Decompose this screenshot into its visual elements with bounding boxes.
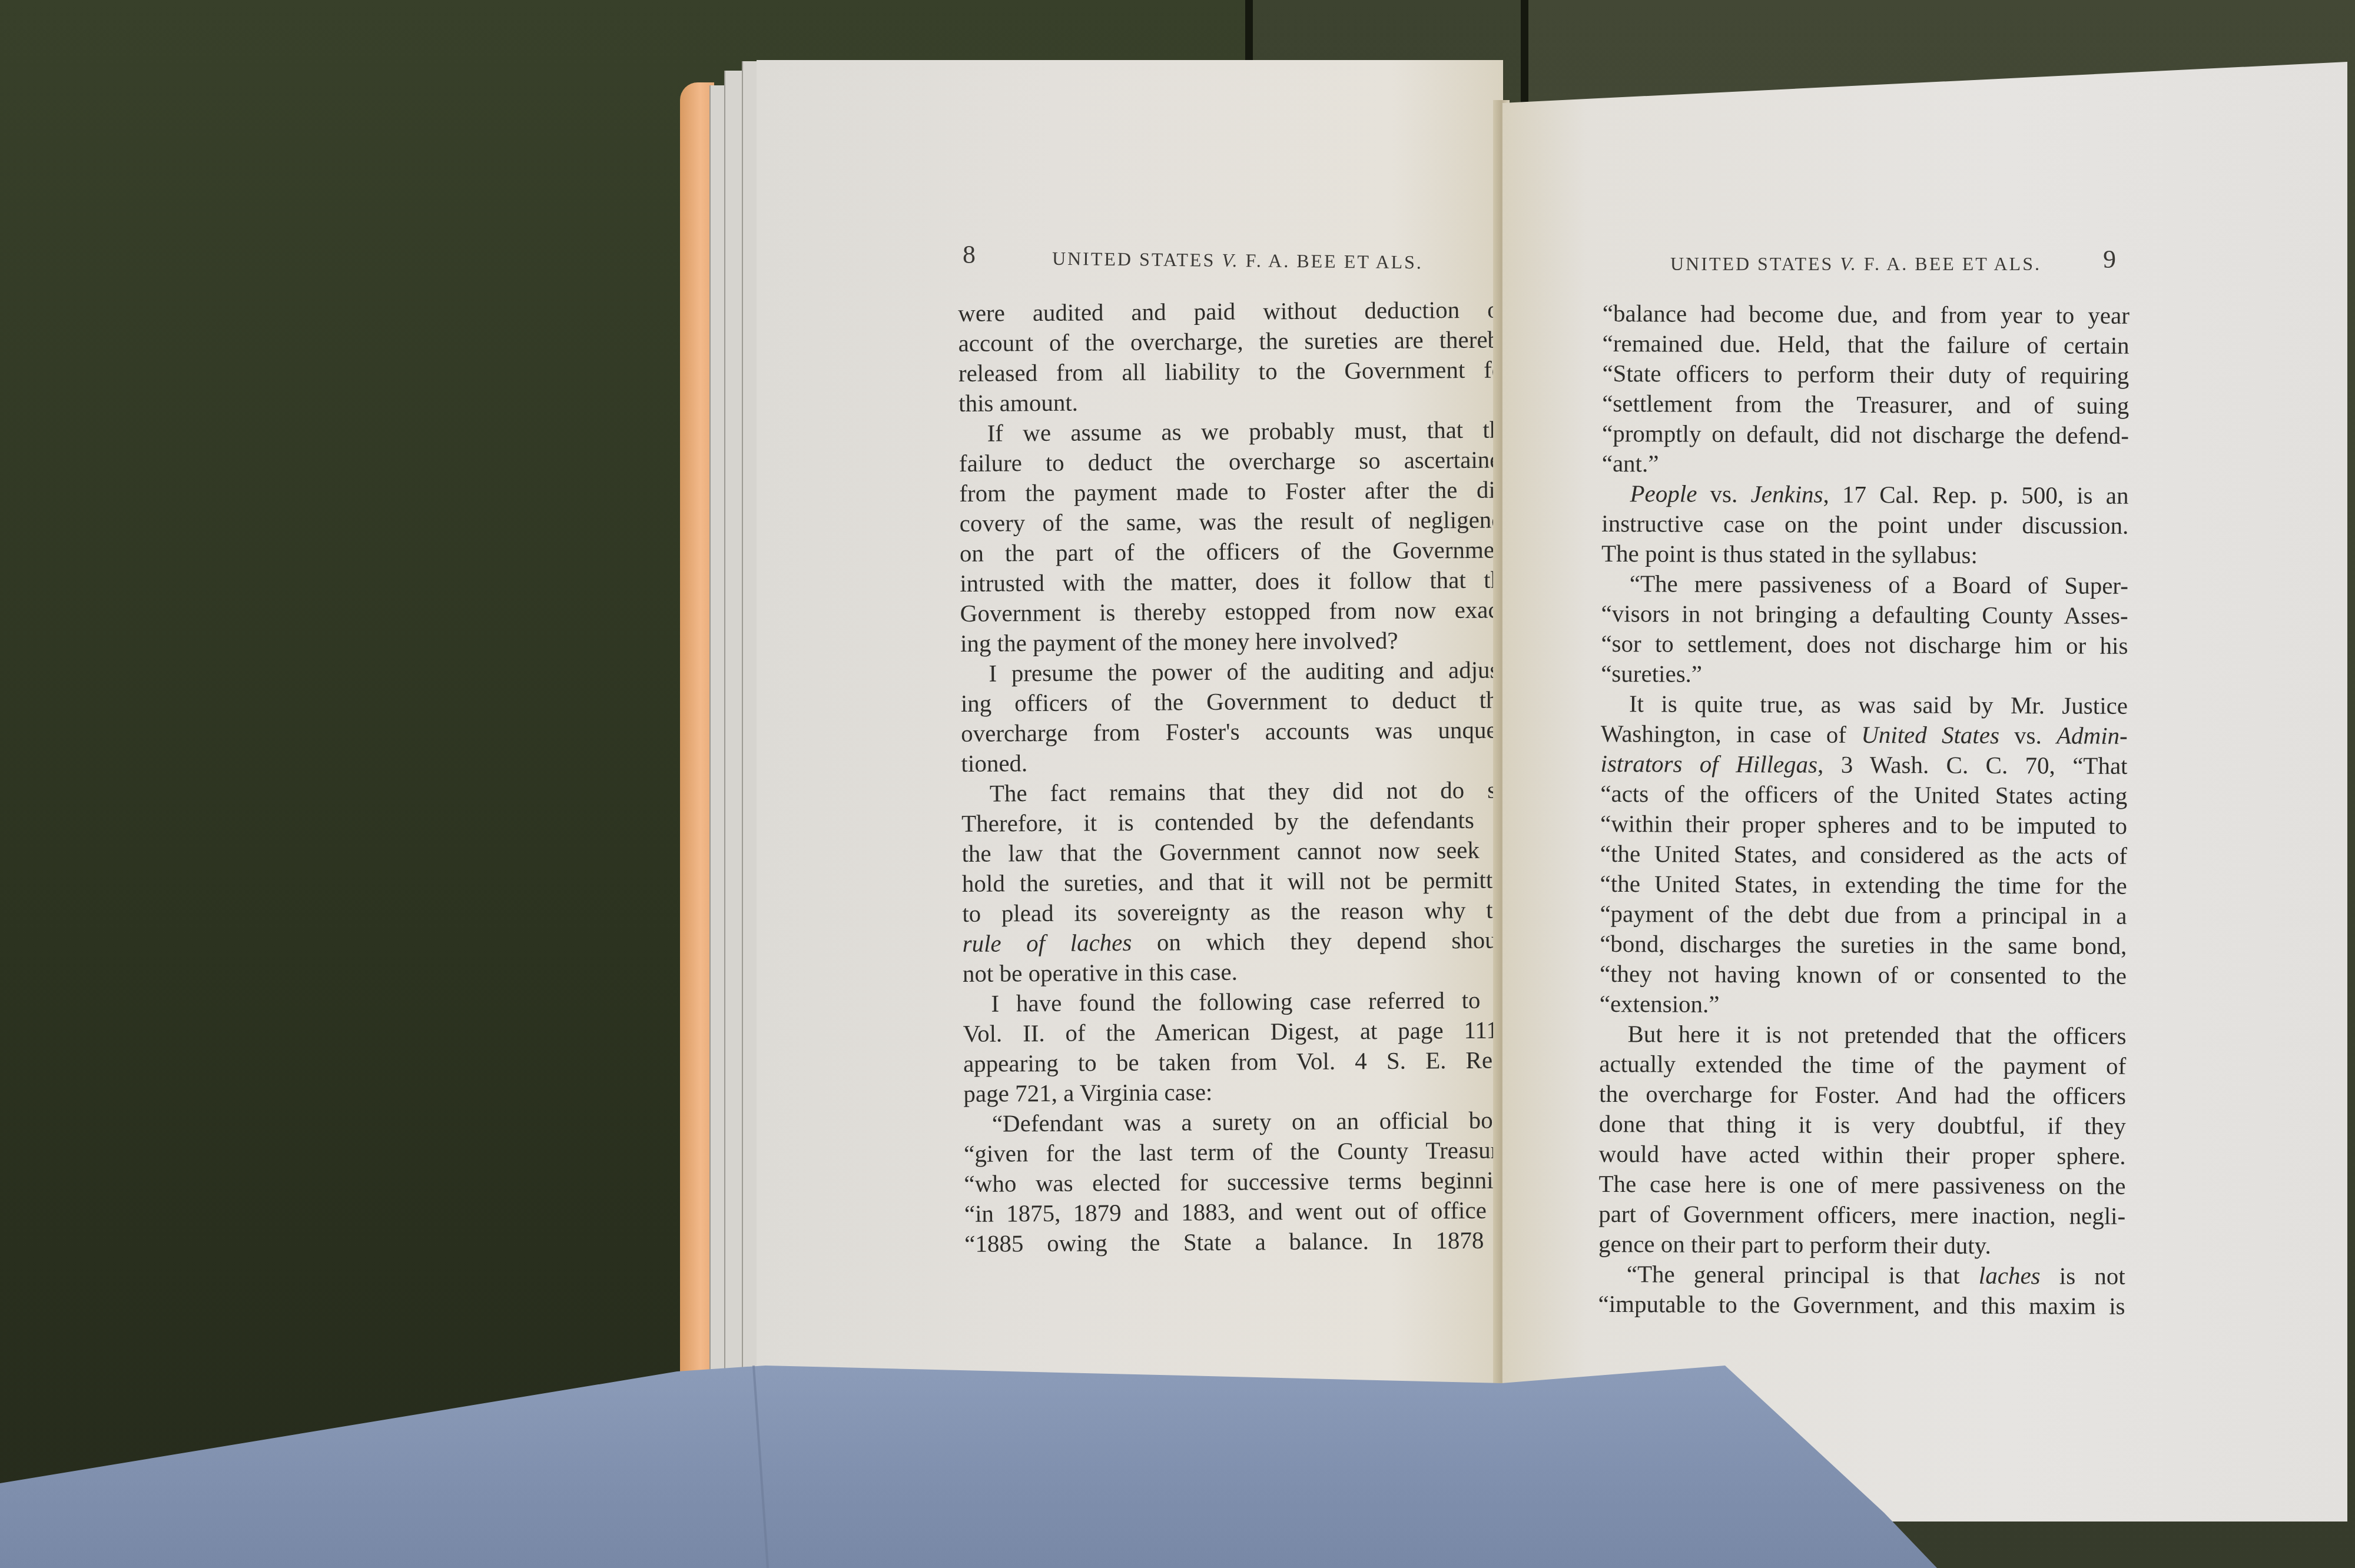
text-line: But here it is not pretended that the of… (1599, 1019, 2126, 1051)
italic-term: istrators of Hillegas (1600, 750, 1817, 778)
italic-term: Admin- (2057, 722, 2128, 749)
text-line: I have found the following case referred… (963, 985, 1516, 1019)
text-line: The fact remains that they did not do so… (961, 775, 1515, 809)
text-line: “sor to settlement, does not discharge h… (1601, 629, 2128, 661)
italic-term: People (1630, 480, 1697, 507)
text-line-mixed: rule of laches on which they depend shou… (962, 925, 1515, 959)
text-line: actually extended the time of the paymen… (1599, 1049, 2126, 1081)
text-line-mixed: People vs. Jenkins, 17 Cal. Rep. p. 500,… (1601, 479, 2128, 511)
text-line: instructive case on the point under disc… (1601, 509, 2128, 541)
text-line: page 721, a Virginia case: (963, 1075, 1517, 1109)
right-page-body: “balance had become due, and from year t… (1598, 298, 2130, 1321)
text-fragment: vs. (1697, 480, 1750, 507)
text-line: “Defendant was a surety on an official b… (964, 1105, 1517, 1139)
text-line: “they not having known of or consented t… (1600, 959, 2127, 991)
text-line: from the payment made to Foster after th… (959, 474, 1512, 509)
text-line: done that thing it is very doubtful, if … (1599, 1109, 2126, 1141)
text-line: Therefore, it is contended by the defend… (961, 805, 1515, 839)
text-line: “sureties.” (1601, 659, 2128, 691)
text-fragment: “The general principal is that (1627, 1260, 1979, 1289)
right-page[interactable]: United States v. F. A. Bee et als. 9 “ba… (1502, 62, 2347, 1522)
text-line: released from all liability to the Gover… (958, 354, 1512, 388)
text-line: “remained due. Held, that the failure of… (1603, 328, 2130, 361)
text-line: “1885 owing the State a balance. In 1878… (964, 1225, 1518, 1259)
text-line: Government is thereby estopped from now … (960, 594, 1514, 629)
text-line: this amount. (958, 384, 1512, 418)
text-line: appearing to be taken from Vol. 4 S. E. … (963, 1045, 1517, 1079)
running-head-versus: v. (1840, 253, 1857, 274)
text-line: account of the overcharge, the sureties … (958, 324, 1511, 358)
text-line: I presume the power of the auditing and … (960, 655, 1514, 689)
text-line: tioned. (961, 745, 1514, 779)
text-fragment: is not (2041, 1262, 2125, 1290)
running-head-text: F. A. Bee et als. (1239, 250, 1424, 273)
text-line: not be operative in this case. (963, 955, 1516, 989)
italic-term: rule of laches (962, 929, 1132, 957)
italic-term: Jenkins (1750, 480, 1823, 508)
text-fragment: , 17 Cal. Rep. p. 500, is an (1823, 481, 2128, 509)
text-fragment: on which they depend should (1132, 926, 1516, 956)
text-line: overcharge from Foster's accounts was un… (961, 715, 1514, 749)
text-line: ing officers of the Government to deduct… (961, 685, 1514, 719)
text-line: the overcharge for Foster. And had the o… (1599, 1079, 2126, 1111)
text-line: Vol. II. of the American Digest, at page… (963, 1015, 1517, 1049)
text-line: “acts of the officers of the United Stat… (1600, 779, 2127, 811)
page-number: 8 (963, 240, 976, 270)
running-head: United States v. F. A. Bee et als. (1052, 248, 1423, 274)
text-line: If we assume as we probably must, that t… (958, 414, 1512, 449)
text-fragment: vs. (1999, 722, 2057, 749)
italic-term: United States (1861, 721, 1999, 749)
text-line: on the part of the officers of the Gover… (960, 534, 1513, 569)
running-head-versus: v. (1222, 250, 1239, 271)
text-line: “within their proper spheres and to be i… (1600, 809, 2127, 841)
text-line-mixed: Washington, in case of United States vs.… (1601, 719, 2128, 751)
text-fragment: Washington, in case of (1601, 720, 1862, 748)
text-line: “extension.” (1600, 989, 2127, 1021)
text-line: “The mere passiveness of a Board of Supe… (1601, 569, 2128, 601)
text-line: “bond, discharges the sureties in the sa… (1600, 929, 2127, 961)
text-line: part of Government officers, mere inacti… (1598, 1199, 2125, 1231)
text-line: ing the payment of the money here involv… (960, 624, 1514, 659)
text-line: the law that the Government cannot now s… (961, 835, 1515, 869)
text-line: gence on their part to perform their dut… (1598, 1229, 2125, 1261)
text-line: covery of the same, was the result of ne… (959, 504, 1512, 539)
text-line: were audited and paid without deduction … (958, 294, 1511, 328)
text-fragment: , 3 Wash. C. C. 70, “That (1817, 751, 2128, 779)
text-line: The case here is one of mere passiveness… (1598, 1169, 2125, 1201)
text-line: “imputable to the Government, and this m… (1598, 1289, 2125, 1321)
page-number: 9 (2103, 244, 2116, 274)
text-line: “ant.” (1602, 449, 2129, 481)
text-line: intrusted with the matter, does it follo… (960, 564, 1513, 599)
text-line: to plead its sovereignty as the reason w… (962, 895, 1515, 929)
text-line: would have acted within their proper sph… (1599, 1139, 2126, 1171)
running-head: United States v. F. A. Bee et als. (1670, 253, 2041, 275)
text-line: hold the sureties, and that it will not … (962, 865, 1515, 899)
text-line: It is quite true, as was said by Mr. Jus… (1601, 689, 2128, 721)
left-page-body: were audited and paid without deduction … (958, 294, 1518, 1259)
text-line-mixed: “The general principal is that laches is… (1598, 1259, 2125, 1291)
left-page[interactable]: 8 United States v. F. A. Bee et als. wer… (757, 60, 1503, 1390)
text-line: “balance had become due, and from year t… (1603, 298, 2130, 331)
text-line: The point is thus stated in the syllabus… (1601, 539, 2128, 571)
text-line: “settlement from the Treasurer, and of s… (1602, 388, 2129, 421)
text-line-mixed: istrators of Hillegas, 3 Wash. C. C. 70,… (1600, 749, 2127, 781)
text-line: “payment of the debt due from a principa… (1600, 899, 2127, 931)
text-line: “State officers to perform their duty of… (1602, 358, 2129, 391)
text-line: “who was elected for successive terms be… (964, 1165, 1517, 1199)
text-line: “visors in not bringing a defaulting Cou… (1601, 599, 2128, 631)
text-line: “given for the last term of the County T… (964, 1135, 1517, 1169)
italic-term: laches (1979, 1262, 2041, 1289)
text-line: failure to deduct the overcharge so asce… (959, 444, 1512, 479)
running-head-text: F. A. Bee et als. (1858, 253, 2041, 274)
text-line: “in 1875, 1879 and 1883, and went out of… (964, 1195, 1518, 1229)
text-line: “the United States, in extending the tim… (1600, 869, 2127, 901)
text-line: “promptly on default, did not discharge … (1602, 418, 2129, 451)
running-head-text: United States (1670, 253, 1840, 274)
text-line: “the United States, and considered as th… (1600, 839, 2127, 871)
running-head-text: United States (1052, 248, 1222, 271)
